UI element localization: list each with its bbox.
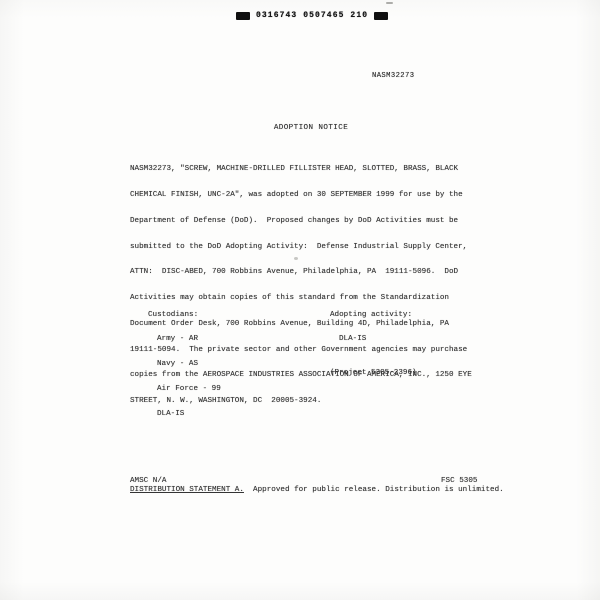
project-number: (Project 5305-2396) [330,369,417,377]
custodian-item-navy: Navy - AS [148,360,221,368]
distribution-statement-text: Approved for public release. Distributio… [244,486,504,494]
page-title: ADOPTION NOTICE [130,124,492,132]
paragraph-line: NASM32273, "SCREW, MACHINE-DRILLED FILLI… [130,165,480,174]
adopting-activity-value: DLA-IS [330,335,417,343]
document-id-stamp: 0316743 0507465 210 [236,11,388,20]
custodian-item-army: Army - AR [148,335,221,343]
scan-artifact [386,2,393,4]
amsc-code: AMSC N/A [130,477,166,485]
stamp-right-block-icon [374,12,388,20]
scanned-document-page: 0316743 0507465 210 NASM32273 ADOPTION N… [0,0,600,600]
adopting-activity-heading: Adopting activity: [330,311,417,319]
paragraph-line: ATTN: DISC-ABED, 700 Robbins Avenue, Phi… [130,268,480,277]
stamp-left-block-icon [236,12,250,20]
custodians-block: Custodians: Army - AR Navy - AS Air Forc… [148,294,221,435]
custodian-item-air-force: Air Force - 99 [148,385,221,393]
stamp-code: 0316743 0507465 210 [256,11,368,20]
document-number: NASM32273 [372,72,414,80]
adopting-activity-block: Adopting activity: DLA-IS (Project 5305-… [330,294,417,394]
paragraph-line: Department of Defense (DoD). Proposed ch… [130,217,480,226]
custodians-heading: Custodians: [148,311,221,319]
scan-artifact [294,257,298,260]
distribution-statement: DISTRIBUTION STATEMENT A. Approved for p… [130,486,520,494]
fsc-code: FSC 5305 [441,477,477,485]
distribution-statement-label: DISTRIBUTION STATEMENT A. [130,486,244,494]
paragraph-line: submitted to the DoD Adopting Activity: … [130,243,480,252]
custodian-item-dla: DLA-IS [148,410,221,418]
paragraph-line: CHEMICAL FINISH, UNC-2A", was adopted on… [130,191,480,200]
